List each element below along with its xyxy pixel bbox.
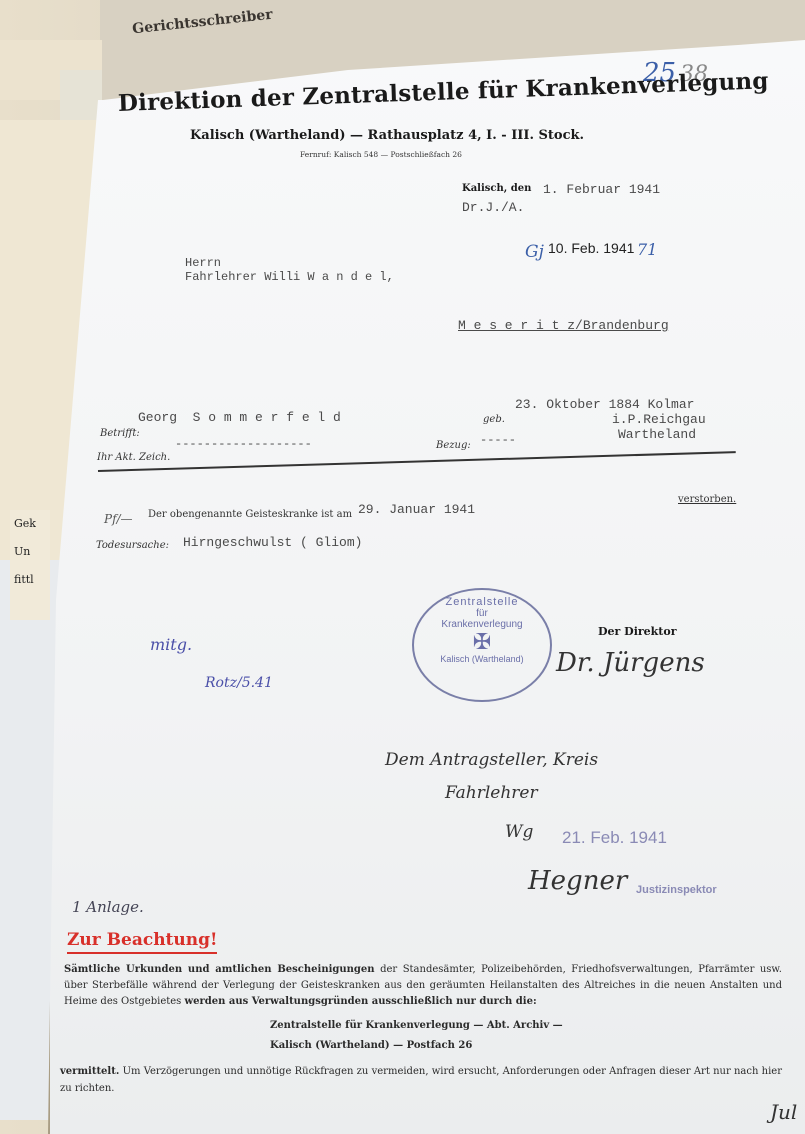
letterhead-contact: Fernruf: Kalisch 548 — Postschließfach 2… bbox=[300, 150, 462, 159]
dateline-place: Kalisch, den bbox=[462, 183, 531, 194]
letterhead-title: Direktion der Zentralstelle für Krankenv… bbox=[118, 67, 769, 117]
dateline-reference: Dr.J./A. bbox=[462, 200, 524, 215]
betrifft-value: Georg S o m m e r f e l d bbox=[138, 410, 341, 425]
bezug-value: ----- bbox=[480, 433, 516, 447]
death-date: 29. Januar 1941 bbox=[358, 502, 475, 517]
received-date-stamp: 10. Feb. 1941 bbox=[548, 240, 634, 256]
cause-label: Todesursache: bbox=[96, 540, 169, 551]
letterhead-address: Kalisch (Wartheland) — Rathausplatz 4, I… bbox=[190, 128, 584, 143]
notice-p2-bold: vermittelt. bbox=[60, 1066, 119, 1077]
notice-p1-bold: Sämtliche Urkunden und amtlichen Beschei… bbox=[64, 964, 375, 975]
notice-paragraph-2: vermittelt. Um Verzögerungen und unnötig… bbox=[60, 1063, 782, 1097]
ihr-zeichen-value: ------------------- bbox=[175, 437, 312, 451]
handwritten-note-1: Dem Antragsteller, Kreis bbox=[385, 750, 598, 770]
filing-date-stamp: 21. Feb. 1941 bbox=[562, 828, 667, 848]
inspector-signature: Hegner bbox=[528, 866, 627, 896]
director-signature: Dr. Jürgens bbox=[556, 648, 705, 678]
received-initials: Gj bbox=[525, 242, 544, 262]
stamp-line-1: für bbox=[414, 608, 550, 619]
body-sentence: Der obengenannte Geisteskranke ist am bbox=[148, 509, 352, 520]
signature-title: Der Direktor bbox=[598, 625, 677, 638]
ihr-zeichen-label: Ihr Akt. Zeich. bbox=[97, 452, 170, 463]
dateline-date: 1. Februar 1941 bbox=[543, 182, 660, 197]
bezug-label: Bezug: bbox=[436, 440, 471, 451]
recipient-salutation: Herrn bbox=[185, 256, 221, 270]
notice-p1-bold2: werden aus Verwaltungsgründen ausschließ… bbox=[185, 996, 537, 1007]
handwritten-note-2: Fahrlehrer bbox=[445, 783, 538, 803]
eagle-emblem-icon: ✠ bbox=[414, 630, 550, 654]
cause-value: Hirngeschwulst ( Gliom) bbox=[183, 535, 362, 550]
verstorben-label: verstorben. bbox=[678, 494, 736, 505]
handwriting-left-2: Rotz/5.41 bbox=[205, 675, 273, 691]
corner-mark: Jul bbox=[770, 1100, 797, 1124]
received-mark: 71 bbox=[637, 240, 657, 259]
enclosure-note: 1 Anlage. bbox=[72, 898, 144, 916]
recipient-name: Fahrlehrer Willi W a n d e l, bbox=[185, 270, 394, 284]
stamp-arc-top: Zentralstelle bbox=[414, 596, 550, 608]
stamp-arc-bottom: Kalisch (Wartheland) bbox=[414, 654, 550, 664]
notice-p2-rest: Um Verzögerungen und unnötige Rückfragen… bbox=[60, 1066, 782, 1094]
notice-paragraph-1: Sämtliche Urkunden und amtlichen Beschei… bbox=[64, 962, 782, 1010]
recipient-city: M e s e r i t z/Brandenburg bbox=[458, 318, 669, 333]
handwritten-note-3: Wg bbox=[505, 822, 533, 842]
subject-divider bbox=[98, 451, 736, 472]
notice-address-1: Zentralstelle für Krankenverlegung — Abt… bbox=[270, 1020, 563, 1031]
official-stamp: Zentralstelle für Krankenverlegung ✠ Kal… bbox=[412, 588, 552, 702]
handwriting-left-1: mitg. bbox=[150, 635, 192, 654]
document-content: 25 38 Direktion der Zentralstelle für Kr… bbox=[0, 0, 805, 1134]
geb-label: geb. bbox=[483, 414, 505, 425]
notice-address-2: Kalisch (Wartheland) — Postfach 26 bbox=[270, 1040, 472, 1051]
geb-value-3: Wartheland bbox=[618, 427, 696, 442]
notice-heading: Zur Beachtung! bbox=[67, 930, 217, 954]
inspector-title-stamp: Justizinspektor bbox=[636, 884, 717, 896]
geb-value-2: i.P.Reichgau bbox=[612, 412, 706, 427]
body-prefix: Pf/— bbox=[104, 512, 133, 526]
betrifft-label: Betrifft: bbox=[100, 428, 140, 439]
geb-value-1: 23. Oktober 1884 Kolmar bbox=[515, 397, 694, 412]
